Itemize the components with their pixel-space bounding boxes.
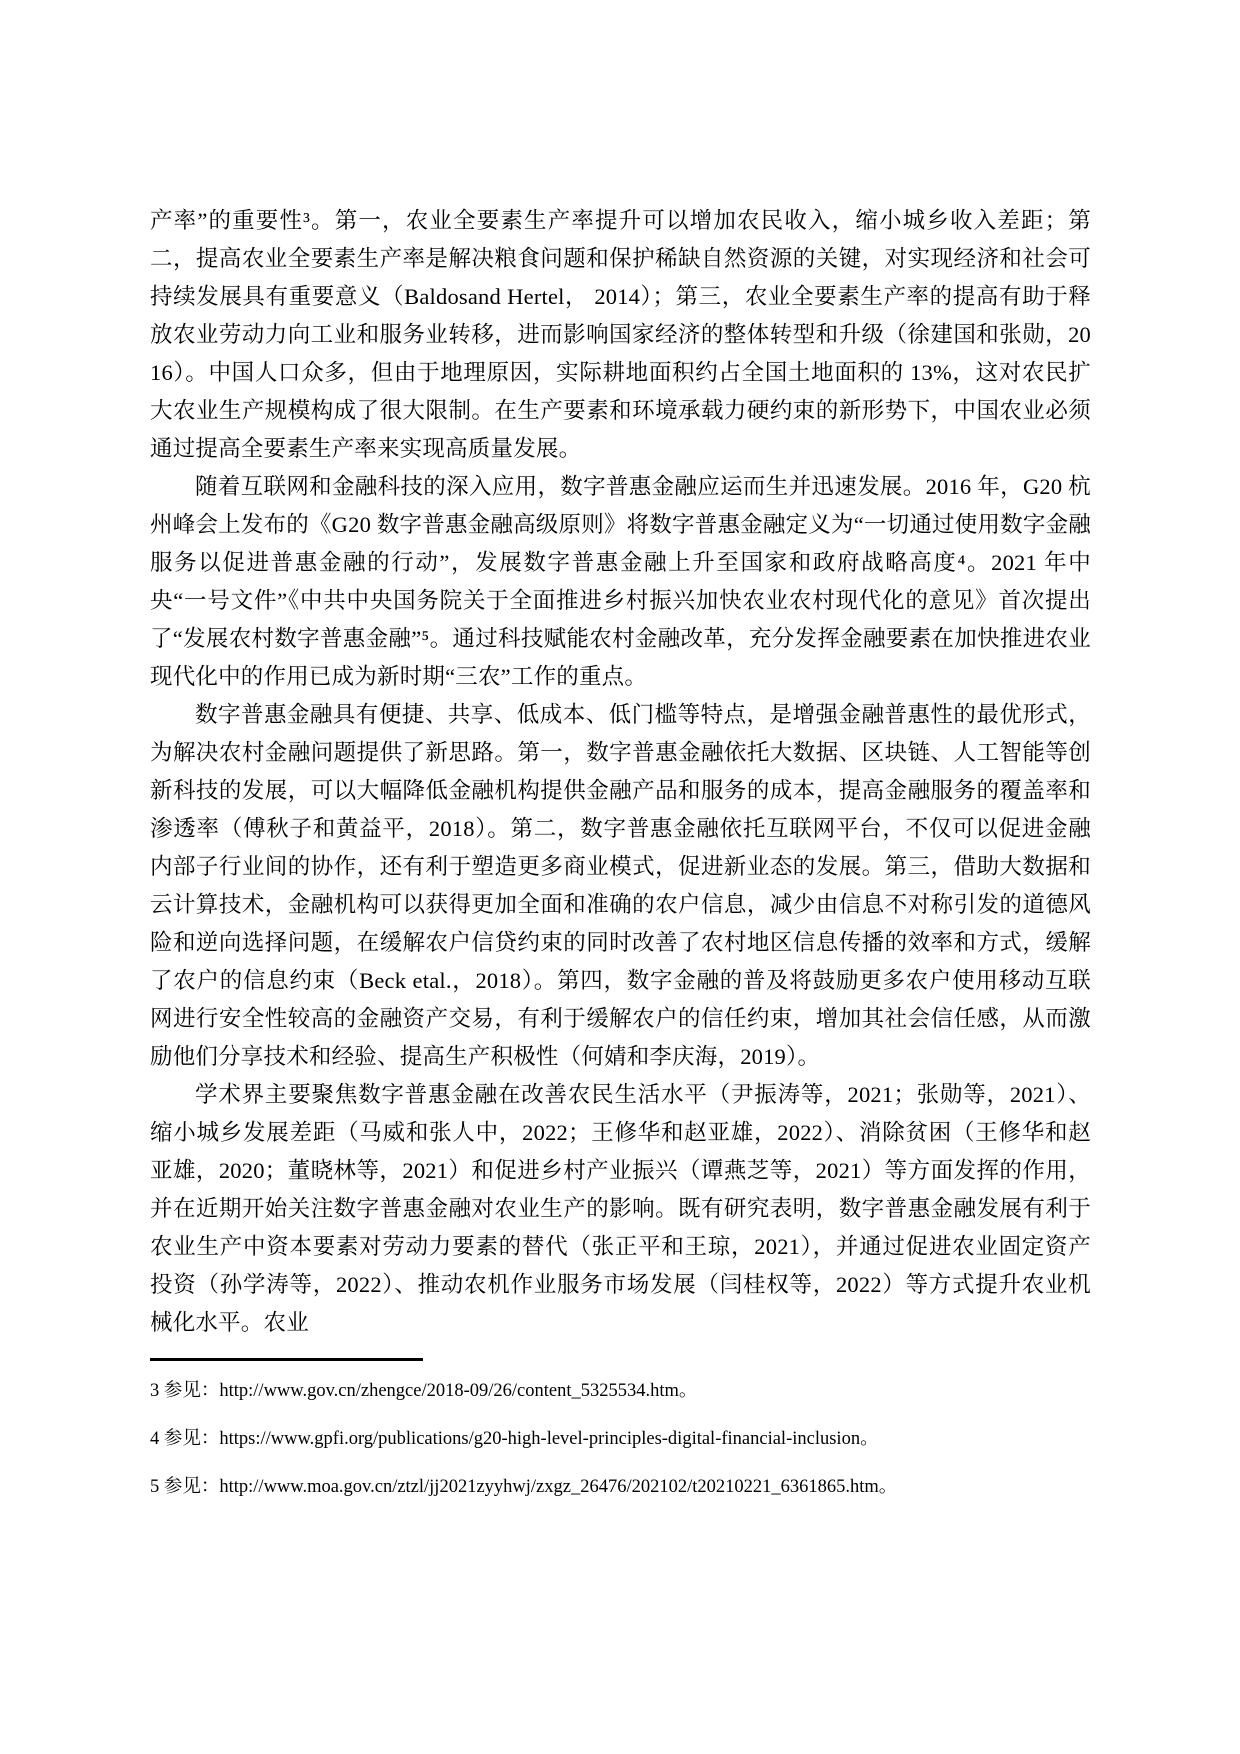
body-paragraph-1: 产率”的重要性³。第一，农业全要素生产率提升可以增加农民收入，缩小城乡收入差距；…	[150, 202, 1091, 468]
body-text-block: 产率”的重要性³。第一，农业全要素生产率提升可以增加农民收入，缩小城乡收入差距；…	[150, 202, 1091, 1342]
footnote-4: 4 参见：https://www.gpfi.org/publications/g…	[150, 1427, 1091, 1451]
body-paragraph-3: 数字普惠金融具有便捷、共享、低成本、低门槛等特点，是增强金融普惠性的最优形式，为…	[150, 696, 1091, 1076]
footnotes-block: 3 参见：http://www.gov.cn/zhengce/2018-09/2…	[150, 1379, 1091, 1499]
body-paragraph-2: 随着互联网和金融科技的深入应用，数字普惠金融应运而生并迅速发展。2016 年，G…	[150, 468, 1091, 696]
footnote-3: 3 参见：http://www.gov.cn/zhengce/2018-09/2…	[150, 1379, 1091, 1403]
page-content: 产率”的重要性³。第一，农业全要素生产率提升可以增加农民收入，缩小城乡收入差距；…	[150, 202, 1091, 1523]
footnote-separator	[150, 1358, 423, 1361]
footnote-5: 5 参见：http://www.moa.gov.cn/ztzl/jj2021zy…	[150, 1475, 1091, 1499]
paper-page: 产率”的重要性³。第一，农业全要素生产率提升可以增加农民收入，缩小城乡收入差距；…	[0, 0, 1240, 1754]
body-paragraph-4: 学术界主要聚焦数字普惠金融在改善农民生活水平（尹振涛等，2021；张勋等，202…	[150, 1076, 1091, 1342]
